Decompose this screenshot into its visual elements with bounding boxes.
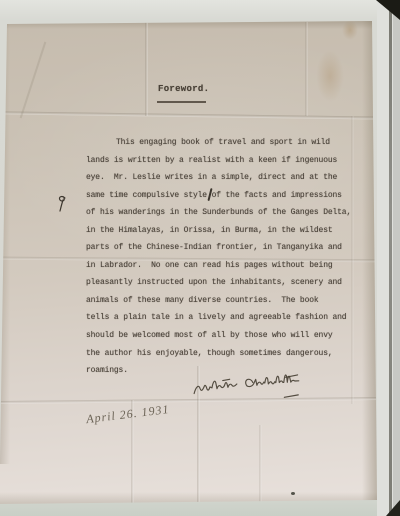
margin-paragraph-mark [55,194,69,214]
typed-line: animals of these many diverse countries.… [86,292,351,310]
letter-heading: Foreword. [158,84,209,94]
handwritten-date: April 26. 1931 [85,402,170,427]
typed-line: tells a plain tale in a lively and agree… [86,309,351,327]
heading-underline [157,101,206,103]
typed-line: of his wanderings in the Sunderbunds of … [86,204,351,222]
letter-body: This engaging book of travel and sport i… [86,134,351,380]
typed-line: This engaging book of travel and sport i… [86,134,351,152]
typed-line: the author his enjoyable, though sometim… [86,345,351,363]
signature-winston-churchill [190,368,341,407]
typed-line: pleasantly instructed upon the inhabitan… [86,274,351,292]
letter-content: Foreword. This engaging book of travel a… [0,0,400,516]
typed-line: in Labrador. No one can read his pages w… [86,257,351,275]
typed-line: parts of the Chinese-Indian frontier, in… [86,239,351,257]
framed-letter-photo: Foreword. This engaging book of travel a… [0,0,400,516]
typed-line: in the Himalayas, in Orissa, in Burma, i… [86,222,351,240]
typed-line: eye. Mr. Leslie writes in a simple, dire… [86,169,351,187]
typed-line: lands is written by a realist with a kee… [86,152,351,170]
typed-line: same time compulsive style of the facts … [86,187,351,205]
typed-line: should be welcomed most of all by those … [86,327,351,345]
